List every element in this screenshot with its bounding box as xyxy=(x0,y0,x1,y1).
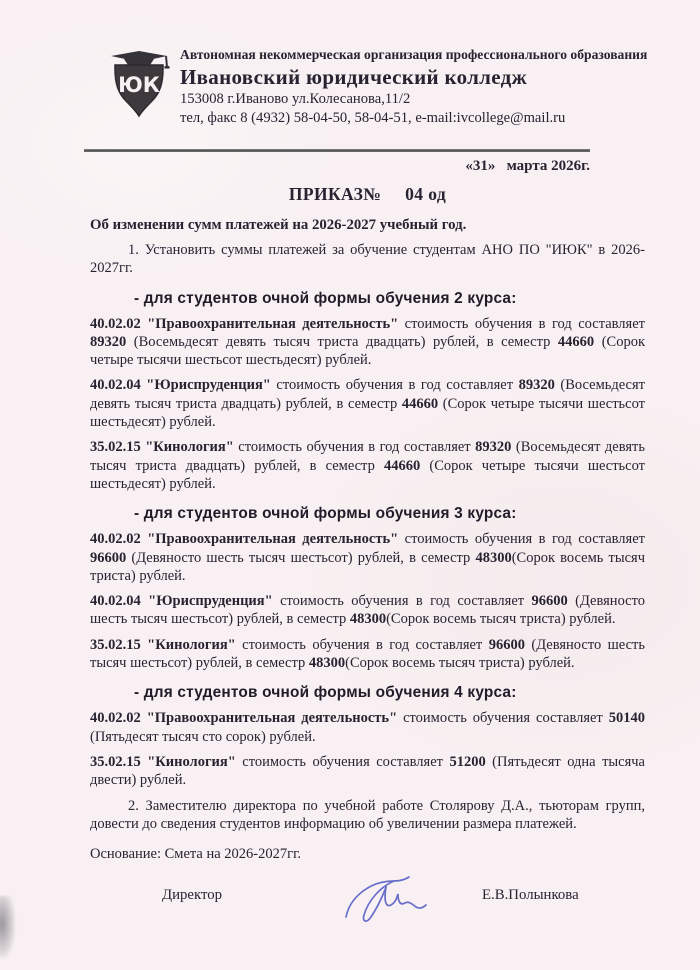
section-heading-course-2: - для студентов очной формы обучения 2 к… xyxy=(90,290,645,308)
order-title: ПРИКАЗ№ 04 од xyxy=(90,184,645,205)
letterhead-divider xyxy=(84,149,590,152)
tuition-paragraph: 35.02.15 "Кинология" стоимость обучения … xyxy=(90,438,645,493)
section-heading-course-3: - для студентов очной формы обучения 3 к… xyxy=(90,505,645,523)
org-type-line: Автономная некоммерческая организация пр… xyxy=(180,46,647,64)
tuition-paragraph: 35.02.15 "Кинология" стоимость обучения … xyxy=(90,753,645,790)
scan-smudge xyxy=(0,896,15,958)
order-point-1: 1. Установить суммы платежей за обучение… xyxy=(90,241,645,278)
address-line: 153008 г.Иваново ул.Колесанова,11/2 xyxy=(180,90,647,109)
signature-icon xyxy=(336,871,456,940)
order-basis: Основание: Смета на 2026-2027гг. xyxy=(90,846,645,863)
order-point-2: 2. Заместителю директора по учебной рабо… xyxy=(90,797,645,834)
order-subject: Об изменении сумм платежей на 2026-2027 … xyxy=(90,217,645,234)
letterhead-text: Автономная некоммерческая организация пр… xyxy=(180,46,647,128)
signature-row: Директор Е.В.Полынкова xyxy=(90,869,645,949)
section-heading-course-4: - для студентов очной формы обучения 4 к… xyxy=(90,684,645,702)
tuition-paragraph: 35.02.15 "Кинология" стоимость обучения … xyxy=(90,636,645,673)
tuition-paragraph: 40.02.04 "Юриспруденция" стоимость обуче… xyxy=(90,376,645,431)
tuition-paragraph: 40.02.02 "Правоохранительная деятельност… xyxy=(90,315,645,370)
letterhead: ЮК Автономная некоммерческая организация… xyxy=(108,46,645,128)
tuition-paragraph: 40.02.02 "Правоохранительная деятельност… xyxy=(90,530,645,585)
order-date: «31» марта 2026г. xyxy=(90,158,590,175)
crest-monogram: ЮК xyxy=(118,73,160,97)
org-name-line: Ивановский юридический колледж xyxy=(180,64,647,90)
tuition-paragraph: 40.02.04 "Юриспруденция" стоимость обуче… xyxy=(90,592,645,629)
college-crest-icon: ЮК xyxy=(108,48,170,125)
contacts-line: тел, факс 8 (4932) 58-04-50, 58-04-51, e… xyxy=(180,109,647,128)
signature-name: Е.В.Полынкова xyxy=(482,887,579,904)
scanned-order-page: ЮК Автономная некоммерческая организация… xyxy=(0,0,700,970)
tuition-paragraph: 40.02.02 "Правоохранительная деятельност… xyxy=(90,709,645,746)
signature-role: Директор xyxy=(162,887,222,904)
